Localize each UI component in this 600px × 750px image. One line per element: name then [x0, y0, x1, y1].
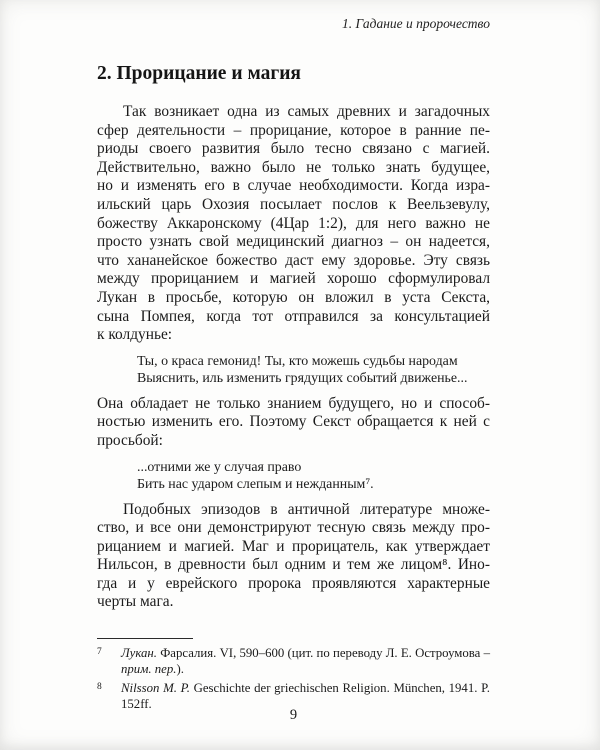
footnote-7-close: ). — [176, 662, 183, 676]
text-line: ство, и все они демонстрируют тесную свя… — [97, 519, 490, 538]
footnote-7-text: Лукан. Фарсалия. VI, 590–600 (цит. по пе… — [121, 646, 490, 678]
text-line: черты мага. — [97, 593, 490, 612]
text-line: сфер деятельности – прорицание, которое … — [97, 122, 490, 141]
text-line: рицанием и магией. Маг и прорицатель, ка… — [97, 538, 490, 557]
text-line: ...отними же у случая право — [137, 459, 490, 476]
text-line: риоды своего развития было тесно связано… — [97, 140, 490, 159]
footnote-7-body: Фарсалия. VI, 590–600 (цит. по переводу … — [157, 646, 490, 660]
text-line: просьбой: — [97, 432, 490, 451]
running-header: 1. Гадание и пророчество — [97, 16, 490, 32]
text-line: но и изменять его в случае необходимости… — [97, 177, 490, 196]
text-line: что хананейское божество даст ему здоров… — [97, 252, 490, 271]
footnote-7-note: прим. пер. — [121, 662, 176, 676]
section-heading: 2. Прорицание и магия — [97, 62, 490, 86]
text-line: ностью изменить его. Поэтому Секст обращ… — [97, 413, 490, 432]
text-line: Так возникает одна из самых древних и за… — [97, 103, 490, 122]
footnote-8-author: Nilsson M. P. — [121, 681, 190, 695]
text-line: божеству Аккаронскому (4Цар 1:2), для не… — [97, 215, 490, 234]
book-page-scan: 1. Гадание и пророчество 2. Прорицание и… — [0, 0, 600, 750]
footnote-7-marker: 7 — [97, 645, 121, 677]
text-line: гда и у еврейского пророка проявляются х… — [97, 575, 490, 594]
text-line: Бить нас ударом слепым и нежданным⁷. — [137, 476, 490, 493]
text-line: Нильсон, в древности был одним и тем же … — [97, 556, 490, 575]
verse-quote-1: Ты, о краса гемонид! Ты, кто можешь судь… — [137, 353, 490, 387]
footnote-7-author: Лукан. — [121, 646, 157, 660]
text-line: между прорицанием и магией хорошо сформу… — [97, 270, 490, 289]
verse-quote-2: ...отними же у случая правоБить нас удар… — [137, 459, 490, 493]
page-number: 9 — [97, 707, 490, 724]
text-line: Она обладает не только знанием будущего,… — [97, 395, 490, 414]
text-line: сына Помпея, когда тот отправился за кон… — [97, 308, 490, 327]
text-line: просто узнать свой медицинский диагноз –… — [97, 233, 490, 252]
text-line: Выяснить, иль изменить грядущих событий … — [137, 370, 490, 387]
text-line: к колдунье: — [97, 326, 490, 345]
paragraph-2: Она обладает не только знанием будущего,… — [97, 395, 490, 451]
footnotes-section: 7 Лукан. Фарсалия. VI, 590–600 (цит. по … — [97, 638, 490, 713]
text-line: Действительно, важно было не только знат… — [97, 159, 490, 178]
text-line: Лукан в просьбе, которую он вложил в уст… — [97, 289, 490, 308]
paragraph-3: Подобных эпизодов в античной литературе … — [97, 501, 490, 613]
footnote-7: 7 Лукан. Фарсалия. VI, 590–600 (цит. по … — [97, 646, 490, 678]
text-line: ильский царь Охозия посылает послов к Ве… — [97, 196, 490, 215]
paragraph-1: Так возникает одна из самых древних и за… — [97, 103, 490, 345]
text-line: Подобных эпизодов в античной литературе … — [97, 501, 490, 520]
text-column: 1. Гадание и пророчество 2. Прорицание и… — [97, 16, 490, 713]
text-line: Ты, о краса гемонид! Ты, кто можешь судь… — [137, 353, 490, 370]
footnote-separator — [97, 638, 193, 639]
